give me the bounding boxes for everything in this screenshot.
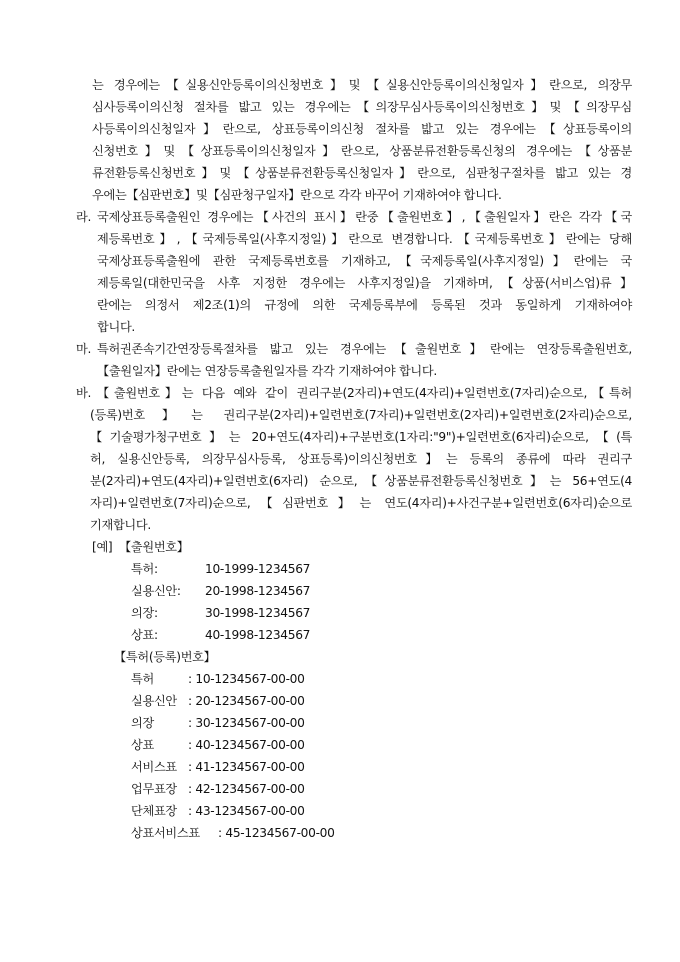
- examples-block-continued: [0, 0, 680, 962]
